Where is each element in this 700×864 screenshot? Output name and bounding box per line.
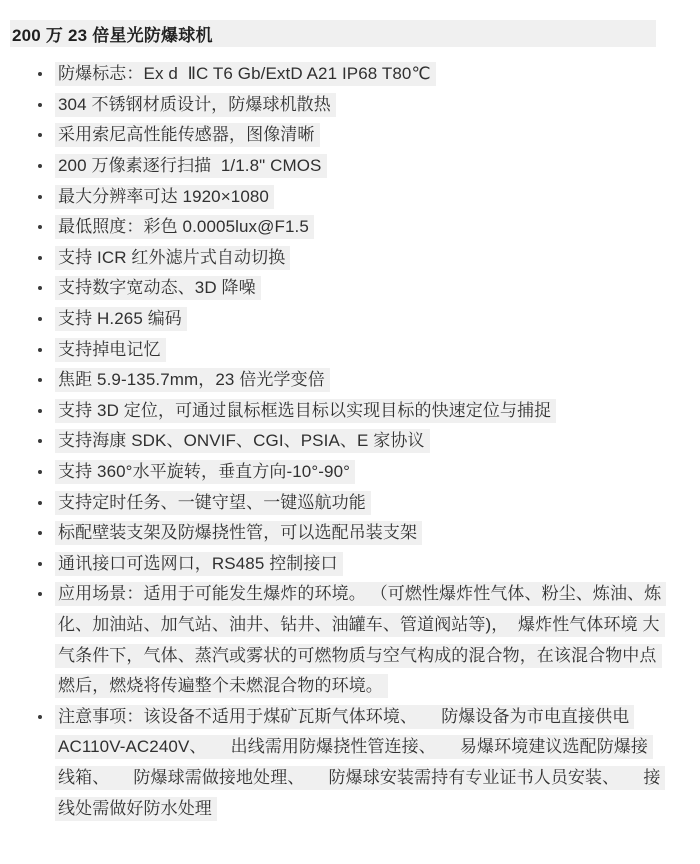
spec-line: 应用场景：适用于可能发生爆炸的环境。 （可燃性爆炸性气体、粉尘、炼油、炼 xyxy=(0,579,700,610)
spec-item: 通讯接口可选网口，RS485 控制接口 xyxy=(0,549,700,580)
bullet-icon xyxy=(38,72,42,76)
spec-item: 支持数字宽动态、3D 降噪 xyxy=(0,273,700,304)
spec-line-text: 线处需做好防水处理 xyxy=(55,797,217,821)
spec-line-text: 支持定时任务、一键守望、一键巡航功能 xyxy=(55,491,371,515)
spec-line: 支持 H.265 编码 xyxy=(0,304,700,335)
spec-line-text: 最大分辨率可达 1920×1080 xyxy=(55,185,274,209)
spec-line-text: 注意事项：该设备不适用于煤矿瓦斯气体环境、 防爆设备为市电直接供电 xyxy=(55,705,634,729)
spec-item: 304 不锈钢材质设计，防爆球机散热 xyxy=(0,90,700,121)
spec-item: 支持定时任务、一键守望、一键巡航功能 xyxy=(0,487,700,518)
bullet-icon xyxy=(38,133,42,137)
spec-line-text: 支持 ICR 红外滤片式自动切换 xyxy=(55,246,290,270)
spec-item: 支持掉电记忆 xyxy=(0,334,700,365)
spec-item: 支持 3D 定位，可通过鼠标框选目标以实现目标的快速定位与捕捉 xyxy=(0,396,700,427)
spec-line: 支持掉电记忆 xyxy=(0,334,700,365)
spec-line: 标配壁装支架及防爆挠性管，可以选配吊装支架 xyxy=(0,518,700,549)
spec-item: 支持 360°水平旋转，垂直方向-10°-90° xyxy=(0,457,700,488)
bullet-icon xyxy=(38,164,42,168)
spec-line-text: 气条件下，气体、蒸汽或雾状的可燃物质与空气构成的混合物，在该混合物中点 xyxy=(55,644,662,668)
spec-line: 线处需做好防水处理 xyxy=(0,793,700,824)
bullet-icon xyxy=(38,195,42,199)
page-title: 200 万 23 倍星光防爆球机 xyxy=(10,21,213,46)
spec-item: 采用索尼高性能传感器，图像清晰 xyxy=(0,120,700,151)
spec-line-text: 支持掉电记忆 xyxy=(55,338,166,362)
spec-item: 支持海康 SDK、ONVIF、CGI、PSIA、E 家协议 xyxy=(0,426,700,457)
spec-line: 化、加油站、加气站、油井、钻井、油罐车、管道阀站等)， 爆炸性气体环境 大 xyxy=(0,610,700,641)
page-title-bar: 200 万 23 倍星光防爆球机 xyxy=(10,20,656,47)
spec-line-text: 304 不锈钢材质设计，防爆球机散热 xyxy=(55,93,336,117)
spec-line-text: 通讯接口可选网口，RS485 控制接口 xyxy=(55,552,343,576)
spec-line: AC110V-AC240V、 出线需用防爆挠性管连接、 易爆环境建议选配防爆接 xyxy=(0,732,700,763)
spec-line: 200 万像素逐行扫描 1/1.8" CMOS xyxy=(0,151,700,182)
spec-line-text: 200 万像素逐行扫描 1/1.8" CMOS xyxy=(55,154,327,178)
spec-item: 应用场景：适用于可能发生爆炸的环境。 （可燃性爆炸性气体、粉尘、炼油、炼化、加油… xyxy=(0,579,700,701)
spec-line-text: 采用索尼高性能传感器，图像清晰 xyxy=(55,123,320,147)
spec-item: 最大分辨率可达 1920×1080 xyxy=(0,181,700,212)
spec-line-text: AC110V-AC240V、 出线需用防爆挠性管连接、 易爆环境建议选配防爆接 xyxy=(55,735,653,759)
spec-line: 防爆标志：Ex d ⅡC T6 Gb/ExtD A21 IP68 T80℃ xyxy=(0,59,700,90)
spec-line: 通讯接口可选网口，RS485 控制接口 xyxy=(0,549,700,580)
spec-line-text: 支持 H.265 编码 xyxy=(55,307,187,331)
spec-item: 注意事项：该设备不适用于煤矿瓦斯气体环境、 防爆设备为市电直接供电AC110V-… xyxy=(0,701,700,823)
spec-line: 最大分辨率可达 1920×1080 xyxy=(0,181,700,212)
spec-list: 防爆标志：Ex d ⅡC T6 Gb/ExtD A21 IP68 T80℃304… xyxy=(0,59,700,824)
spec-item: 200 万像素逐行扫描 1/1.8" CMOS xyxy=(0,151,700,182)
spec-line-text: 标配壁装支架及防爆挠性管，可以选配吊装支架 xyxy=(55,521,422,545)
spec-line-text: 燃后，燃烧将传遍整个未燃混合物的环境。 xyxy=(55,674,388,698)
product-spec-page: 200 万 23 倍星光防爆球机 防爆标志：Ex d ⅡC T6 Gb/ExtD… xyxy=(0,0,700,864)
bullet-icon xyxy=(38,317,42,321)
spec-line: 支持 ICR 红外滤片式自动切换 xyxy=(0,243,700,274)
spec-line: 最低照度：彩色 0.0005lux@F1.5 xyxy=(0,212,700,243)
spec-line-text: 支持海康 SDK、ONVIF、CGI、PSIA、E 家协议 xyxy=(55,429,430,453)
spec-line-text: 应用场景：适用于可能发生爆炸的环境。 （可燃性爆炸性气体、粉尘、炼油、炼 xyxy=(55,582,666,606)
spec-item: 焦距 5.9-135.7mm，23 倍光学变倍 xyxy=(0,365,700,396)
bullet-icon xyxy=(38,348,42,352)
spec-line: 线箱、 防爆球需做接地处理、 防爆球安装需持有专业证书人员安装、 接 xyxy=(0,763,700,794)
spec-line-text: 支持 3D 定位，可通过鼠标框选目标以实现目标的快速定位与捕捉 xyxy=(55,399,556,423)
bullet-icon xyxy=(38,592,42,596)
spec-item: 标配壁装支架及防爆挠性管，可以选配吊装支架 xyxy=(0,518,700,549)
spec-line: 304 不锈钢材质设计，防爆球机散热 xyxy=(0,90,700,121)
spec-line: 气条件下，气体、蒸汽或雾状的可燃物质与空气构成的混合物，在该混合物中点 xyxy=(0,640,700,671)
spec-item: 支持 ICR 红外滤片式自动切换 xyxy=(0,243,700,274)
bullet-icon xyxy=(38,103,42,107)
bullet-icon xyxy=(38,225,42,229)
bullet-icon xyxy=(38,409,42,413)
bullet-icon xyxy=(38,256,42,260)
spec-line-text: 焦距 5.9-135.7mm，23 倍光学变倍 xyxy=(55,368,330,392)
bullet-icon xyxy=(38,562,42,566)
spec-line-text: 支持 360°水平旋转，垂直方向-10°-90° xyxy=(55,460,355,484)
spec-item: 支持 H.265 编码 xyxy=(0,304,700,335)
bullet-icon xyxy=(38,378,42,382)
spec-line: 支持 360°水平旋转，垂直方向-10°-90° xyxy=(0,457,700,488)
spec-line: 支持 3D 定位，可通过鼠标框选目标以实现目标的快速定位与捕捉 xyxy=(0,396,700,427)
spec-line: 支持定时任务、一键守望、一键巡航功能 xyxy=(0,487,700,518)
spec-line-text: 防爆标志：Ex d ⅡC T6 Gb/ExtD A21 IP68 T80℃ xyxy=(55,62,436,86)
spec-item: 最低照度：彩色 0.0005lux@F1.5 xyxy=(0,212,700,243)
spec-line-text: 线箱、 防爆球需做接地处理、 防爆球安装需持有专业证书人员安装、 接 xyxy=(55,766,665,790)
bullet-icon xyxy=(38,439,42,443)
spec-line: 采用索尼高性能传感器，图像清晰 xyxy=(0,120,700,151)
spec-item: 防爆标志：Ex d ⅡC T6 Gb/ExtD A21 IP68 T80℃ xyxy=(0,59,700,90)
bullet-icon xyxy=(38,286,42,290)
bullet-icon xyxy=(38,501,42,505)
spec-line: 焦距 5.9-135.7mm，23 倍光学变倍 xyxy=(0,365,700,396)
bullet-icon xyxy=(38,531,42,535)
spec-line: 燃后，燃烧将传遍整个未燃混合物的环境。 xyxy=(0,671,700,702)
bullet-icon xyxy=(38,715,42,719)
bullet-icon xyxy=(38,470,42,474)
spec-line-text: 化、加油站、加气站、油井、钻井、油罐车、管道阀站等)， 爆炸性气体环境 大 xyxy=(55,613,665,637)
spec-line: 支持海康 SDK、ONVIF、CGI、PSIA、E 家协议 xyxy=(0,426,700,457)
spec-line: 注意事项：该设备不适用于煤矿瓦斯气体环境、 防爆设备为市电直接供电 xyxy=(0,701,700,732)
spec-line-text: 最低照度：彩色 0.0005lux@F1.5 xyxy=(55,215,314,239)
spec-line-text: 支持数字宽动态、3D 降噪 xyxy=(55,276,261,300)
spec-line: 支持数字宽动态、3D 降噪 xyxy=(0,273,700,304)
